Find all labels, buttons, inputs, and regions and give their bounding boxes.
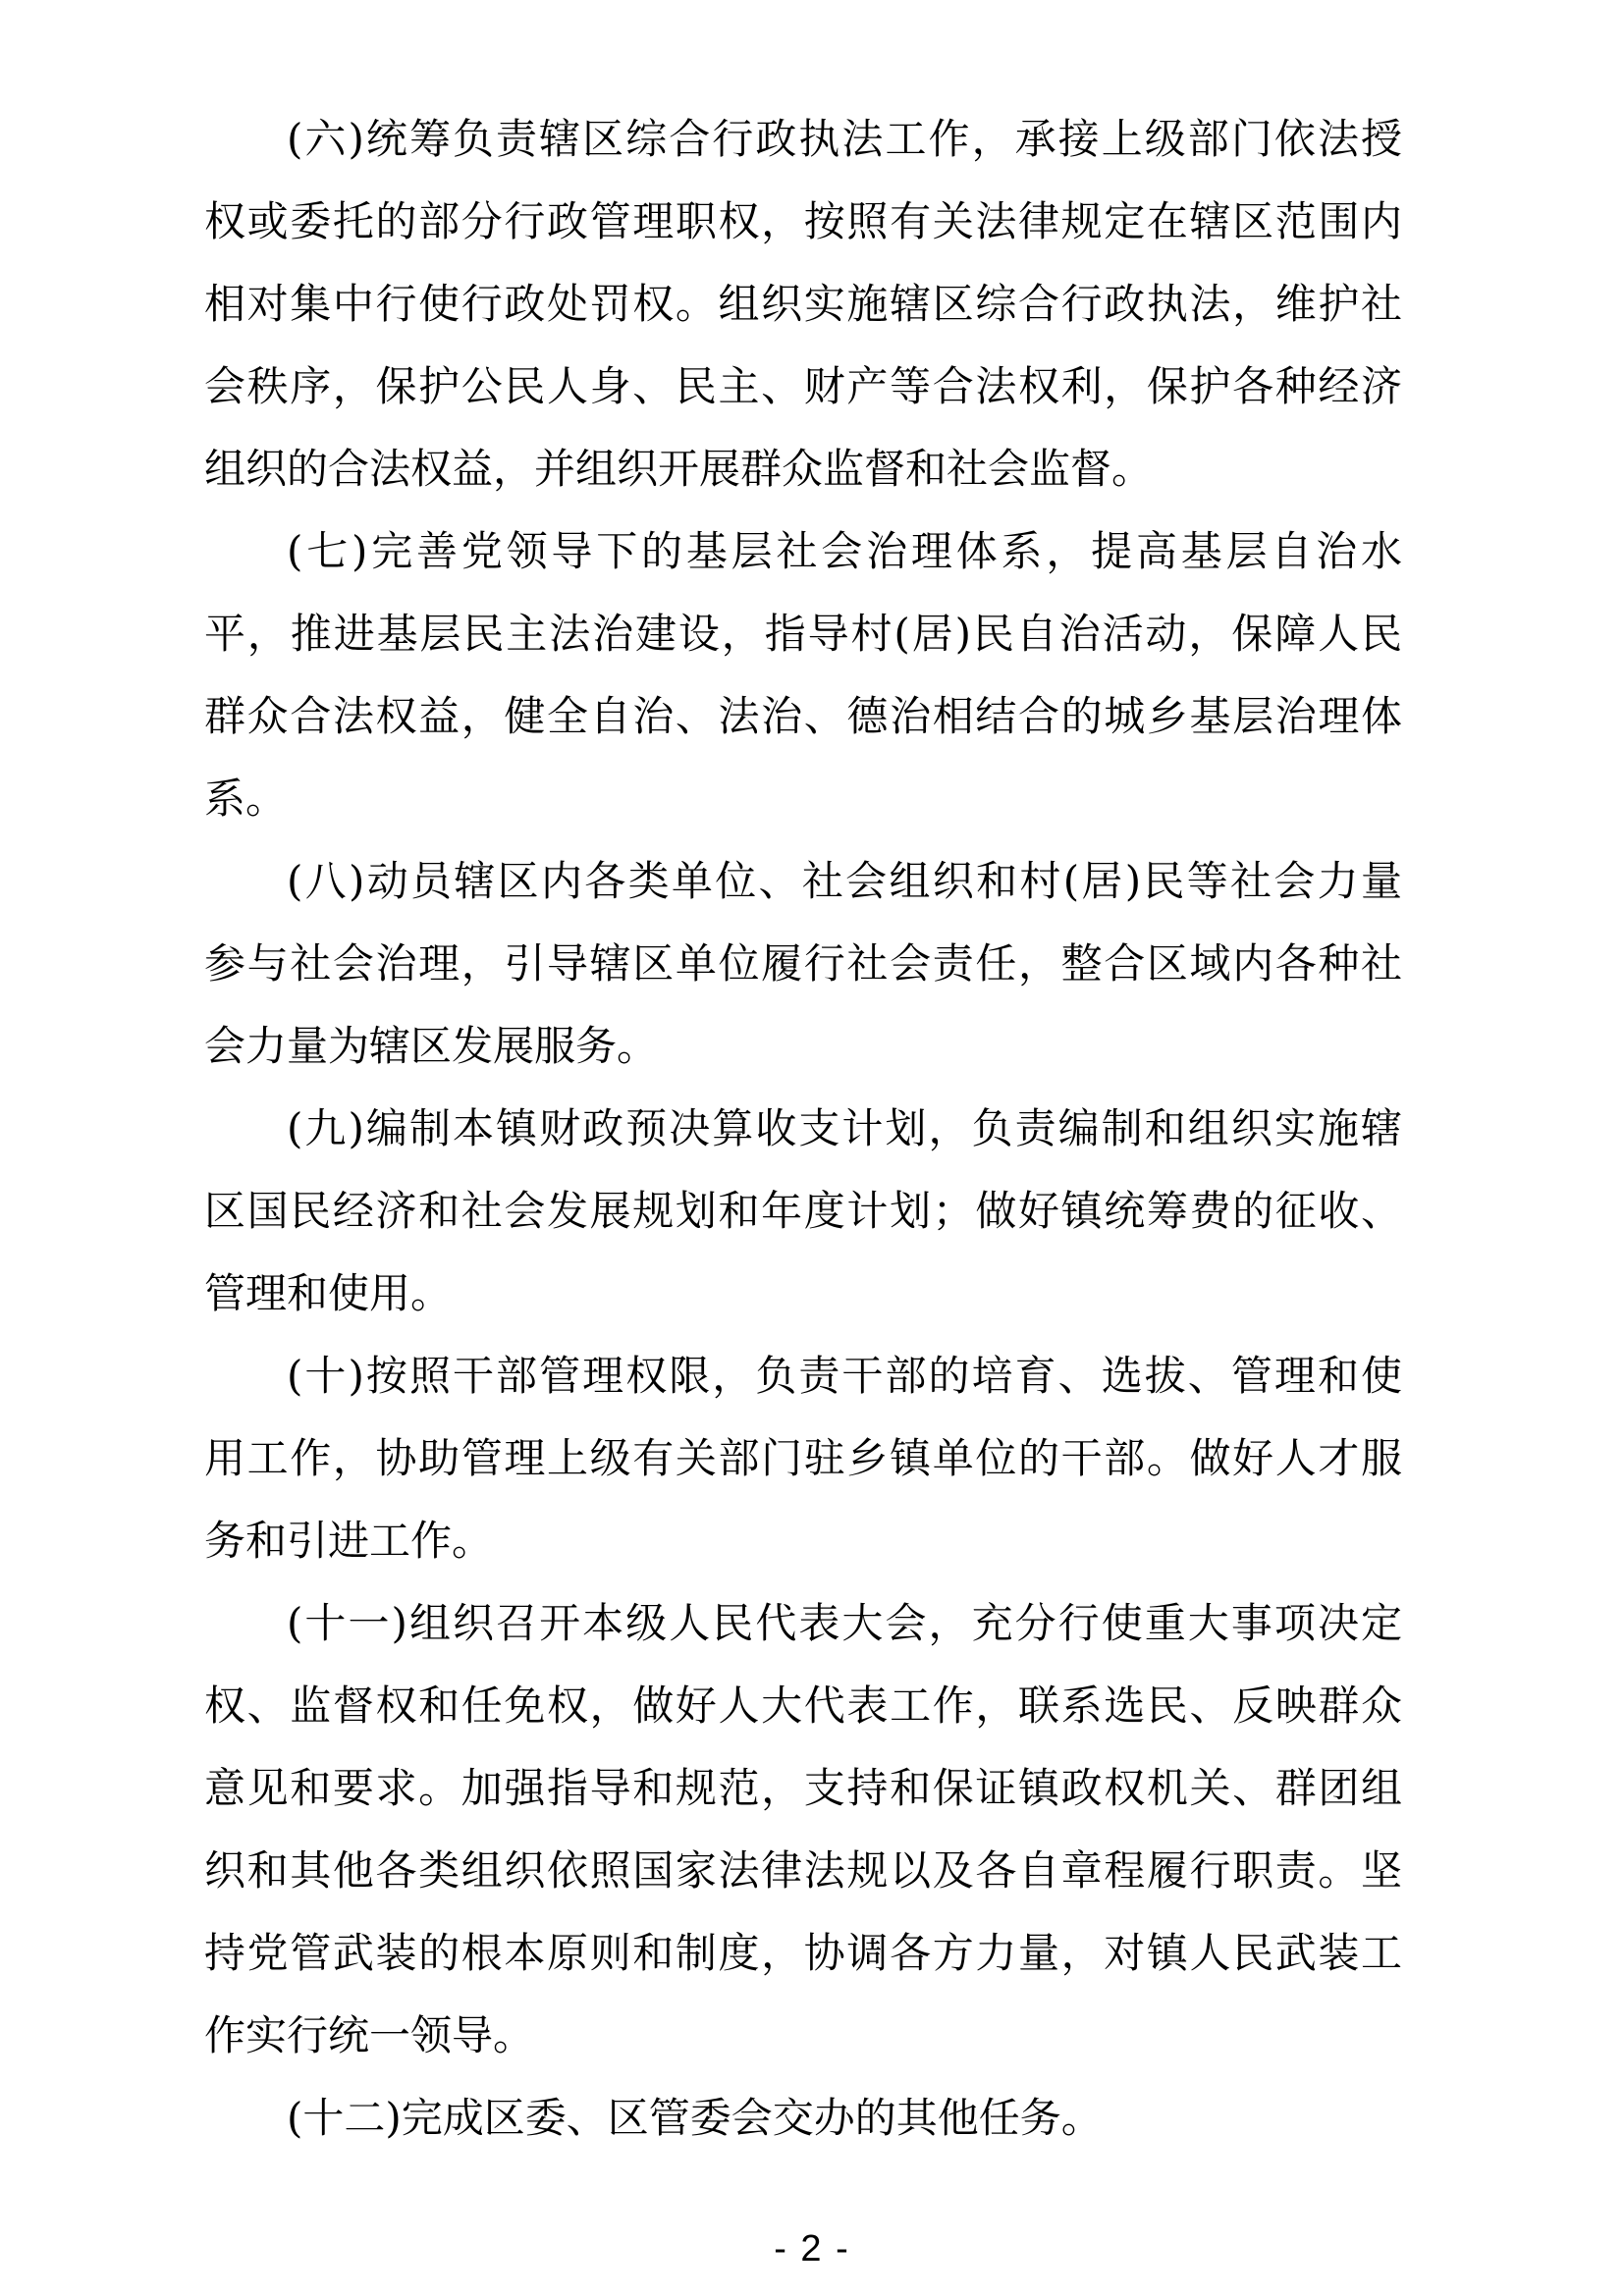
text-line: (十二)完成区委、区管委会交办的其他任务。 (204, 2077, 1402, 2160)
text-line: 平，推进基层民主法治建设，指导村(居)民自治活动，保障人民 (204, 593, 1402, 675)
text-line: 区国民经济和社会发展规划和年度计划；做好镇统筹费的征收、 (204, 1170, 1402, 1253)
text-line: 系。 (204, 758, 1402, 840)
text-line: (七)完善党领导下的基层社会治理体系，提高基层自治水 (204, 510, 1402, 593)
text-line: 群众合法权益，健全自治、法治、德治相结合的城乡基层治理体 (204, 675, 1402, 758)
text-line: 作实行统一领导。 (204, 1995, 1402, 2077)
text-line: 织和其他各类组织依照国家法律法规以及各自章程履行职责。坚 (204, 1830, 1402, 1912)
text-line: (六)统筹负责辖区综合行政执法工作，承接上级部门依法授 (204, 98, 1402, 181)
text-line: 管理和使用。 (204, 1253, 1402, 1335)
text-line: (八)动员辖区内各类单位、社会组织和村(居)民等社会力量 (204, 840, 1402, 923)
text-line: 持党管武装的根本原则和制度，协调各方力量，对镇人民武装工 (204, 1912, 1402, 1995)
text-line: (十一)组织召开本级人民代表大会，充分行使重大事项决定 (204, 1582, 1402, 1665)
text-line: 会力量为辖区发展服务。 (204, 1005, 1402, 1088)
text-line: 务和引进工作。 (204, 1500, 1402, 1582)
text-line: 组织的合法权益，并组织开展群众监督和社会监督。 (204, 428, 1402, 510)
text-line: 相对集中行使行政处罚权。组织实施辖区综合行政执法，维护社 (204, 263, 1402, 346)
text-line: 权或委托的部分行政管理职权，按照有关法律规定在辖区范围内 (204, 181, 1402, 263)
page-number: - 2 - (0, 2228, 1624, 2270)
text-line: (十)按照干部管理权限，负责干部的培育、选拔、管理和使 (204, 1335, 1402, 1417)
text-line: 权、监督权和任免权，做好人大代表工作，联系选民、反映群众 (204, 1665, 1402, 1747)
text-line: (九)编制本镇财政预决算收支计划，负责编制和组织实施辖 (204, 1088, 1402, 1170)
document-page: (六)统筹负责辖区综合行政执法工作，承接上级部门依法授权或委托的部分行政管理职权… (0, 0, 1624, 2296)
text-line: 用工作，协助管理上级有关部门驻乡镇单位的干部。做好人才服 (204, 1417, 1402, 1500)
text-line: 意见和要求。加强指导和规范，支持和保证镇政权机关、群团组 (204, 1747, 1402, 1830)
document-body: (六)统筹负责辖区综合行政执法工作，承接上级部门依法授权或委托的部分行政管理职权… (204, 98, 1402, 2160)
text-line: 会秩序，保护公民人身、民主、财产等合法权利，保护各种经济 (204, 346, 1402, 428)
text-line: 参与社会治理，引导辖区单位履行社会责任，整合区域内各种社 (204, 923, 1402, 1005)
